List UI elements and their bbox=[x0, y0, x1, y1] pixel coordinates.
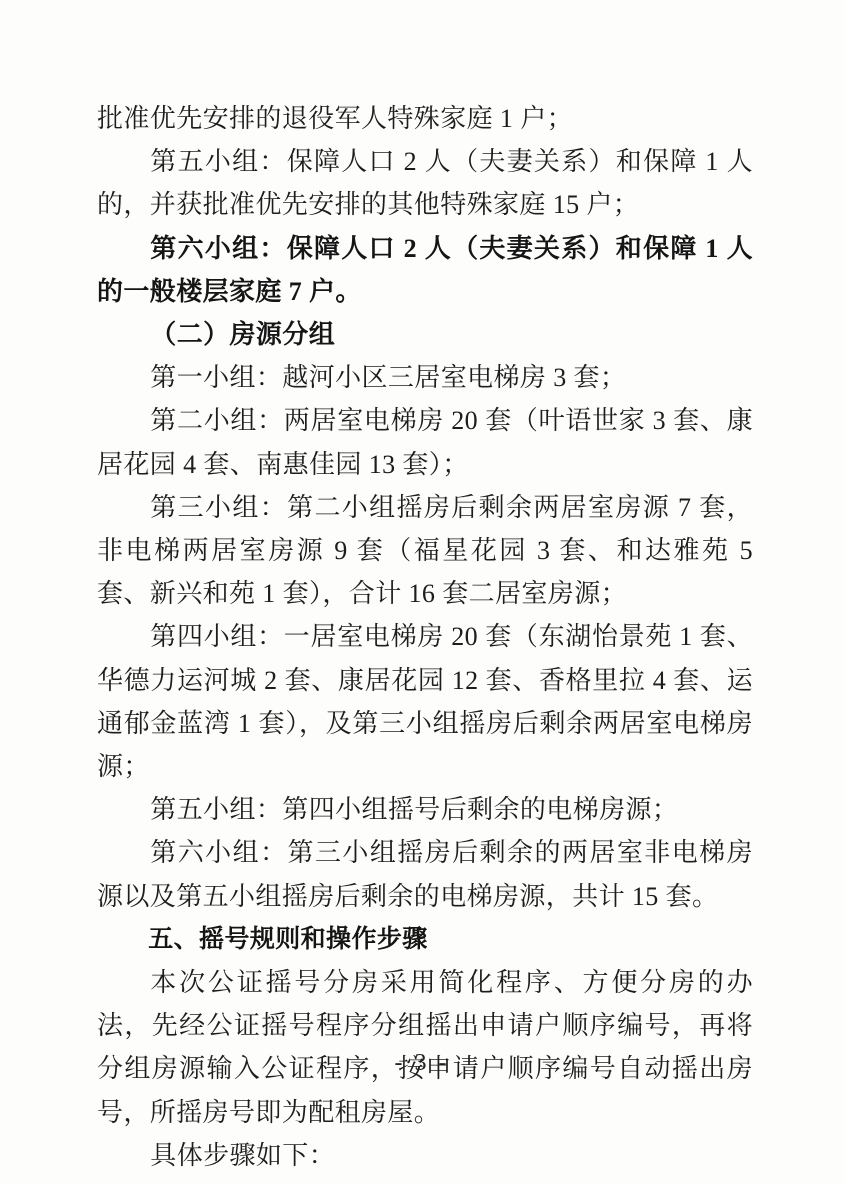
paragraph-group5-applicants: 第五小组：保障人口 2 人（夫妻关系）和保障 1 人的，并获批准优先安排的其他特… bbox=[97, 140, 753, 226]
paragraph-continuation: 批准优先安排的退役军人特殊家庭 1 户； bbox=[97, 97, 753, 140]
paragraph-steps-intro: 具体步骤如下： bbox=[97, 1134, 753, 1177]
paragraph-housing-group2: 第二小组：两居室电梯房 20 套（叶语世家 3 套、康居花园 4 套、南惠佳园 … bbox=[97, 399, 753, 485]
paragraph-group6-applicants: 第六小组：保障人口 2 人（夫妻关系）和保障 1 人的一般楼层家庭 7 户。 bbox=[97, 227, 753, 313]
document-body: 批准优先安排的退役军人特殊家庭 1 户； 第五小组：保障人口 2 人（夫妻关系）… bbox=[97, 97, 753, 1177]
document-page: 批准优先安排的退役军人特殊家庭 1 户； 第五小组：保障人口 2 人（夫妻关系）… bbox=[0, 0, 844, 1184]
paragraph-housing-group6: 第六小组：第三小组摇房后剩余的两居室非电梯房源以及第五小组摇房后剩余的电梯房源，… bbox=[97, 831, 753, 917]
paragraph-housing-group1: 第一小组：越河小区三居室电梯房 3 套； bbox=[97, 356, 753, 399]
paragraph-lottery-method: 本次公证摇号分房采用简化程序、方便分房的办法，先经公证摇号程序分组摇出申请户顺序… bbox=[97, 961, 753, 1134]
paragraph-housing-group4: 第四小组：一居室电梯房 20 套（东湖怡景苑 1 套、华德力运河城 2 套、康居… bbox=[97, 615, 753, 788]
section-heading-lottery-rules: 五、摇号规则和操作步骤 bbox=[97, 918, 753, 961]
paragraph-housing-group3: 第三小组：第二小组摇房后剩余两居室房源 7 套，非电梯两居室房源 9 套（福星花… bbox=[97, 486, 753, 616]
paragraph-housing-group5: 第五小组：第四小组摇号后剩余的电梯房源； bbox=[97, 788, 753, 831]
section-heading-housing-grouping: （二）房源分组 bbox=[97, 313, 753, 356]
page-number: - 3 - bbox=[0, 1050, 844, 1077]
